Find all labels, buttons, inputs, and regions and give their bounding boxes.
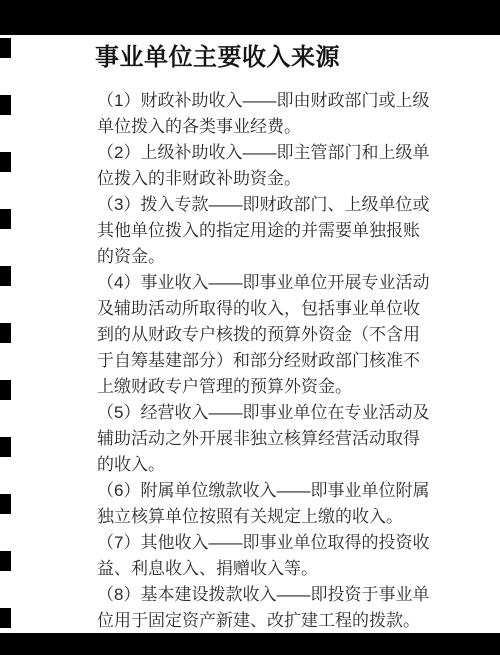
film-sprocket-mark (0, 437, 11, 457)
text-line: （5）经营收入——即事业单位在专业活动及 (97, 400, 427, 426)
text-line: 到的从财政专户核拨的预算外资金（不含用 (97, 322, 427, 348)
text-line: （6）附属单位缴款收入——即事业单位附属 (97, 478, 427, 504)
text-line: 及辅助活动所取得的收入，包括事业单位收 (97, 296, 427, 322)
film-sprocket-mark (0, 38, 11, 58)
text-line: （1）财政补助收入——即由财政部门或上级 (97, 88, 427, 114)
film-sprocket-mark (0, 266, 11, 286)
paragraph: （2）上级补助收入——即主管部门和上级单位拨入的非财政补助资金。 (97, 140, 427, 192)
paragraph: （7）其他收入——即事业单位取得的投资收益、利息收入、捐赠收入等。 (97, 530, 427, 582)
text-line: 于自筹基建部分）和部分经财政部门核准不 (97, 348, 427, 374)
paragraph: （4）事业收入——即事业单位开展专业活动及辅助活动所取得的收入，包括事业单位收到… (97, 270, 427, 400)
paragraph: （6）附属单位缴款收入——即事业单位附属独立核算单位按照有关规定上缴的收入。 (97, 478, 427, 530)
paragraph: （8）基本建设拨款收入——即投资于事业单位用于固定资产新建、改扩建工程的拨款。 (97, 582, 427, 634)
text-line: 单位拨入的各类事业经费。 (97, 114, 427, 140)
text-line: 上缴财政专户管理的预算外资金。 (97, 374, 427, 400)
paragraph: （5）经营收入——即事业单位在专业活动及辅助活动之外开展非独立核算经营活动取得的… (97, 400, 427, 478)
film-sprocket-mark (0, 494, 11, 514)
text-line: 的资金。 (97, 244, 427, 270)
film-sprocket-mark (0, 323, 11, 343)
text-line: 的收入。 (97, 452, 427, 478)
article-body: （1）财政补助收入——即由财政部门或上级单位拨入的各类事业经费。（2）上级补助收… (97, 88, 427, 634)
film-sprocket-mark (0, 209, 11, 229)
text-line: （3）拨入专款——即财政部门、上级单位或 (97, 192, 427, 218)
text-line: （7）其他收入——即事业单位取得的投资收 (97, 530, 427, 556)
text-line: （2）上级补助收入——即主管部门和上级单 (97, 140, 427, 166)
text-line: （8）基本建设拨款收入——即投资于事业单 (97, 582, 427, 608)
text-line: 独立核算单位按照有关规定上缴的收入。 (97, 504, 427, 530)
film-sprocket-mark (0, 551, 11, 571)
page-title: 事业单位主要收入来源 (95, 42, 340, 74)
text-line: （4）事业收入——即事业单位开展专业活动 (97, 270, 427, 296)
text-line: 位拨入的非财政补助资金。 (97, 166, 427, 192)
text-line: 其他单位拨入的指定用途的并需要单独报账 (97, 218, 427, 244)
letterbox-top-bar (0, 0, 500, 35)
text-line: 位用于固定资产新建、改扩建工程的拨款。 (97, 608, 427, 634)
letterbox-bottom-bar (0, 633, 500, 655)
paragraph: （1）财政补助收入——即由财政部门或上级单位拨入的各类事业经费。 (97, 88, 427, 140)
film-sprocket-mark (0, 95, 11, 115)
text-line: 辅助活动之外开展非独立核算经营活动取得 (97, 426, 427, 452)
text-line: 益、利息收入、捐赠收入等。 (97, 556, 427, 582)
film-sprocket-mark (0, 152, 11, 172)
paragraph: （3）拨入专款——即财政部门、上级单位或其他单位拨入的指定用途的并需要单独报账的… (97, 192, 427, 270)
film-sprocket-mark (0, 380, 11, 400)
film-sprocket-mark (0, 608, 11, 628)
